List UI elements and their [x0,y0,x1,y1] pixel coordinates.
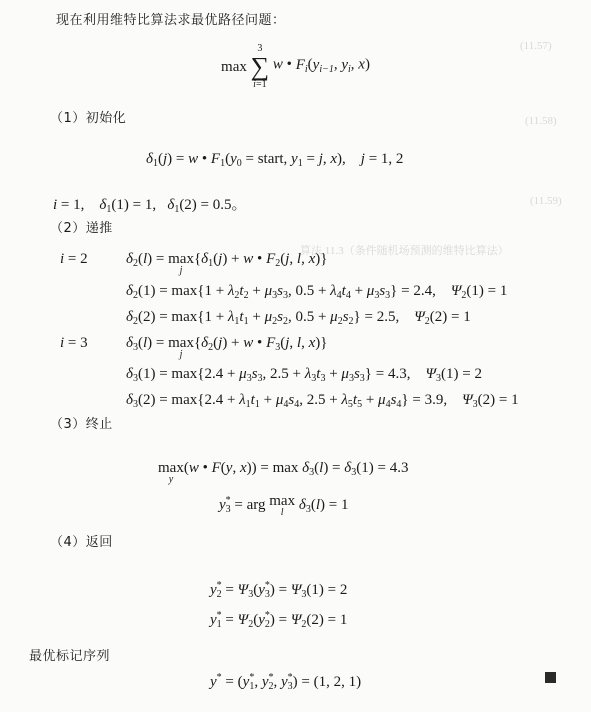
i2-delta-2: δ2(2) = max{1 + λ1t1 + μ2s2, 0.5 + μ2s2}… [126,308,471,331]
i3-label: i = 3 [60,334,88,352]
result-heading: 最优标记序列 [29,648,110,666]
optimal-sequence: y* = (y*1, y*2, y*3) = (1, 2, 1) [210,669,361,696]
i2-delta-1: δ2(1) = max{1 + λ2t2 + μ3s3, 0.5 + λ4t4 … [126,282,507,305]
termination-max: maxy(w • F(y, x)) = max δ3(l) = δ3(1) = … [158,459,408,485]
bleedthrough-text: (11.58) [525,115,557,127]
step1-values: i = 1, δ1(1) = 1, δ1(2) = 0.5。 [53,196,247,219]
qed-square-icon [545,672,556,683]
i3-delta-2: δ3(2) = max{2.4 + λ1t1 + μ4s4, 2.5 + λ5t… [126,391,519,414]
backtrack-y2: y*2 = Ψ3(y*3) = Ψ3(1) = 2 [210,577,347,604]
step3-heading: （3）终止 [50,416,113,434]
bleedthrough-text: 算法 11.3（条件随机场预测的维特比算法） [300,242,509,258]
termination-argmax: y*3 = arg maxl δ3(l) = 1 [219,492,348,519]
bleedthrough-text: (11.59) [530,195,562,207]
step4-heading: （4）返回 [50,534,113,552]
step1-init-formula: δ1(j) = w • F1(y0 = start, y1 = j, x), j… [146,150,403,173]
objective-formula: max 3 ∑ i=1 w • Fi(yi−1, yi, x) [0,44,591,94]
summation-operator: 3 ∑ i=1 [251,44,270,90]
backtrack-y1: y*1 = Ψ2(y*2) = Ψ2(2) = 1 [210,607,347,634]
i3-recurrence: δ3(l) = maxj{δ2(j) + w • F3(j, l, x)} [126,334,327,360]
step2-heading: （2）递推 [50,220,113,238]
document-page: (11.57) (11.58) (11.59) 算法 11.3（条件随机场预测的… [0,0,591,712]
i2-label: i = 2 [60,250,88,268]
intro-text: 现在利用维特比算法求最优路径问题： [56,12,286,30]
i2-recurrence: δ2(l) = maxj{δ1(j) + w • F2(j, l, x)} [126,250,327,276]
i3-delta-1: δ3(1) = max{2.4 + μ3s3, 2.5 + λ3t3 + μ3s… [126,365,482,388]
step1-heading: （1）初始化 [50,110,126,128]
